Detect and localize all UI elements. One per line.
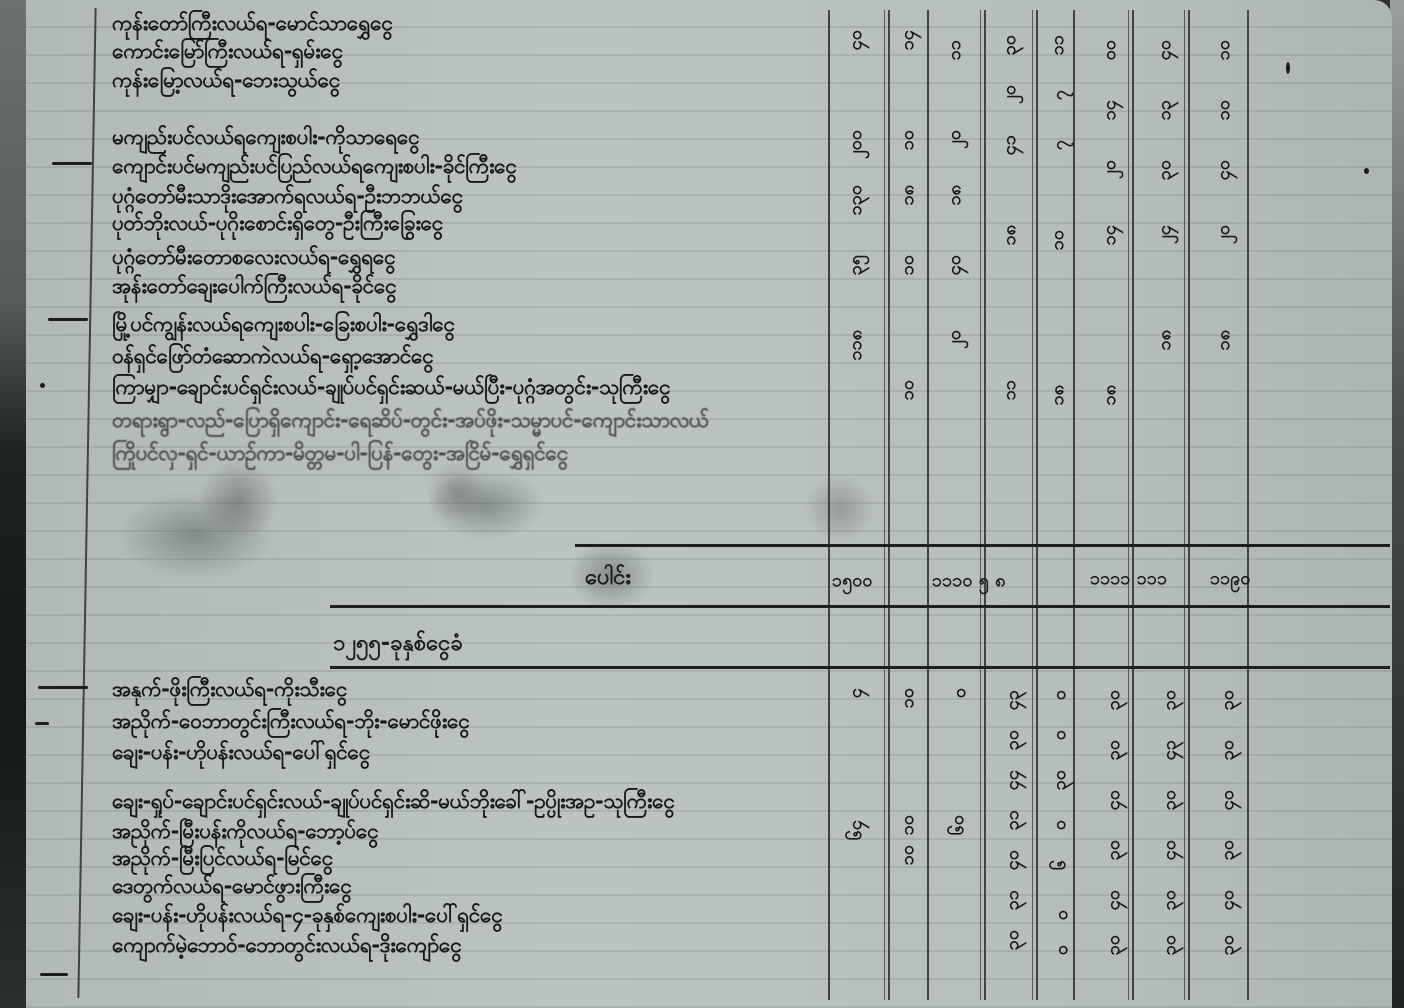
ledger-row: ချေး-ပန်း-ဟိုပန်းလယ်ရ-ပေါ်ရှင်ငွေ	[112, 739, 370, 765]
value-cell: ၃၀	[1104, 740, 1124, 760]
value-cell: ၁၈	[1000, 225, 1020, 245]
column-line	[1128, 10, 1129, 1000]
value-cell: ၀၀	[1100, 40, 1120, 60]
value-cell: ၃၁	[1003, 810, 1023, 830]
margin-mark	[35, 722, 49, 725]
ledger-row: ကြိုပင်လှ-ရှင်-ယာဉ်ကာ-မိတ္တမ-ပါ-ပြန်-တွေ…	[112, 440, 568, 466]
ledger-row: အနုက်-ဖိုးကြီးလယ်ရ-ကိုးသီးငွေ	[112, 676, 347, 702]
column-line	[984, 10, 986, 1000]
value-cell: ၃၀	[1218, 935, 1238, 955]
value-cell: ၃၀	[1160, 935, 1180, 955]
value-cell: ၁၀	[898, 845, 918, 865]
section-rule	[330, 666, 1390, 669]
value-cell: ၁၀	[1048, 230, 1068, 250]
value-cell: ၁၁	[1000, 380, 1020, 400]
value-cell: ၃၀	[1218, 690, 1238, 710]
value-cell: ၁၈	[1048, 385, 1068, 405]
value-cell: ၁၈	[1214, 330, 1234, 350]
total-value: ၁၁၁၁ ၁၁၁	[1090, 566, 1167, 593]
value-cell: ၂၀	[1000, 85, 1020, 104]
ledger-row: ဝန်ရှင်ဖြော်တံဆောကဲလယ်ရ-ရှော့အောင်ငွေ	[112, 343, 433, 369]
ledger-row: ကျောက်မဲ့ဘောဝ်-ဘောတွင်းလယ်ရ-ဒိုးကျော်ငွေ	[112, 932, 461, 958]
value-cell: ၁၃	[1155, 100, 1175, 120]
value-cell: ၄၄	[1003, 770, 1023, 790]
value-cell: ၄၀	[1155, 40, 1175, 60]
value-cell: ၄၀	[1218, 890, 1238, 910]
value-cell: ၁၈	[945, 185, 965, 205]
value-cell: ၄၀	[1104, 890, 1124, 910]
value-cell: ၃၀	[1155, 160, 1175, 180]
value-cell: ၁၄	[898, 30, 918, 50]
column-line	[1247, 10, 1249, 1000]
margin-mark	[40, 973, 68, 976]
ledger-row: ပုဂ္ဂံတော်မီးတောစလေးလယ်ရ-ရွှေရငွေ	[112, 244, 395, 270]
value-cell: ၂၀	[1100, 160, 1120, 179]
column-line	[1188, 10, 1190, 1000]
value-cell: ၆	[1050, 860, 1070, 870]
value-cell: ၄၀	[1104, 790, 1124, 810]
total-value: ၁၅၀၀	[832, 568, 873, 595]
total-label: ပေါင်း	[585, 562, 631, 595]
value-cell: ၁၀	[898, 688, 918, 708]
speck	[1286, 62, 1290, 74]
ledger-row: ကုန်းမြော့လယ်ရ-ဘေးသွယ်ငွေ	[112, 67, 340, 93]
section-rule	[330, 605, 1390, 608]
value-cell: ၃၀	[1160, 690, 1180, 710]
value-cell: ၁၁	[1048, 35, 1068, 55]
ledger-row: တရားရွာ-လည်-ပြောရှိကျောင်း-ရေဆိပ်-တွင်း-…	[112, 407, 709, 433]
ledger-row: ကုန်းတော်ကြီးလယ်ရ-မောင်သာရွှေငွေ	[112, 10, 393, 36]
ledger-row: အညိုက်-မြီးပန်းကိုလယ်ရ-ဘော့ပ်ငွေ	[112, 818, 378, 844]
ledger-row: ဒေတွက်လယ်ရ-မောင်ဖွားကြီးငွေ	[112, 873, 351, 899]
value-cell: ၄၀	[1218, 790, 1238, 810]
value-cell: ၃၀	[1160, 890, 1180, 910]
value-cell: ၇	[1050, 140, 1070, 150]
damaged-area	[136, 455, 1404, 545]
value-cell: ၃၅	[846, 255, 866, 275]
value-cell: ၄၀	[1214, 160, 1234, 180]
value-cell: ၃၀	[1104, 690, 1124, 710]
value-cell: ၃၀	[1003, 730, 1023, 750]
column-line	[888, 10, 890, 1000]
column-line	[1032, 10, 1033, 1000]
value-cell: ၀	[1052, 945, 1072, 955]
value-cell: ၄၀	[1160, 840, 1180, 860]
total-value: ၁၁၁၀ ၅ ၈	[932, 568, 1005, 595]
value-cell: ၂၄	[1155, 225, 1175, 244]
column-line	[980, 10, 981, 1000]
ledger-row: ချေး-ရှုပ်-ချောင်းပင်ရှင်းလယ်-ချုပ်ပင်ရှ…	[112, 788, 675, 814]
column-line	[1073, 10, 1075, 1000]
value-cell: ၁၄	[1100, 225, 1120, 245]
ledger-row: ပုတ်ဘိုးလယ်-ပုဂိုးစောင်းရှိတွေ-ဦးကြီးခြွ…	[112, 210, 443, 236]
value-cell: ၇	[1050, 90, 1070, 100]
value-cell: ၃၀	[1218, 840, 1238, 860]
value-cell: ၀	[1050, 690, 1070, 700]
value-cell: ၁၈	[1155, 330, 1175, 350]
value-cell: ၁၈	[1100, 385, 1120, 405]
ledger-row: အညိုက်-ဝေဘာတွင်းကြီးလယ်ရ-ဘိုး-မောင်ဖိုးင…	[112, 708, 469, 734]
ledger-row: ပုဂ္ဂံတော်မီးသာဒိုးအောက်ရလယ်ရ-ဦးဘဘယ်ငွေ	[112, 183, 463, 209]
ledger-row: ကြာမျှာ-ချောင်းပင်ရှင်းလယ်-ချုပ်ပင်ရှင်း…	[112, 374, 670, 400]
value-cell: ၃၀	[1104, 935, 1124, 955]
margin-mark	[38, 686, 88, 689]
column-line	[1184, 10, 1185, 1000]
value-cell: ၁၈	[898, 185, 918, 205]
value-cell: ၂၀၀	[846, 130, 866, 159]
margin-mark	[52, 162, 92, 165]
ledger-row: အညိုက်-မြီးပြင်လယ်ရ-မြင်ငွေ	[112, 845, 333, 871]
value-cell: ၆၄	[846, 820, 866, 840]
value-cell: ၁၀	[1214, 40, 1234, 60]
value-cell: ၁၁	[945, 40, 965, 60]
value-cell: ၁၀	[898, 130, 918, 150]
ledger-row: အုန်းတော်ချေးပေါက်ကြီးလယ်ရ-ခိုင်ငွေ	[112, 273, 396, 299]
value-cell: ၄၁	[1000, 135, 1020, 155]
column-line	[1036, 10, 1038, 1000]
speck	[40, 383, 45, 388]
value-cell: ၃၀	[1000, 35, 1020, 55]
value-cell: ၁၃၀	[846, 185, 866, 215]
value-cell: ၁၀	[898, 380, 918, 400]
value-cell: ၄၃	[1160, 740, 1180, 760]
column-line	[828, 10, 830, 1000]
value-cell: ၃၀	[1160, 790, 1180, 810]
value-cell: ၁၁၈	[846, 330, 866, 361]
value-cell: ၂၀	[945, 130, 965, 149]
column-line	[927, 10, 929, 1000]
column-line	[1132, 10, 1134, 1000]
value-cell: ၄၀	[1003, 850, 1023, 870]
total-value: ၁၁၉၀	[1210, 566, 1251, 593]
ledger-row: ကောင်းမြော်ကြီးလယ်ရ-ရှမ်းငွေ	[112, 38, 343, 64]
value-cell: ၂၀	[1214, 225, 1234, 244]
value-cell: ၃၀	[1050, 770, 1070, 790]
column-line	[884, 10, 885, 1000]
value-cell: ၆၀	[948, 815, 968, 835]
speck	[1364, 168, 1369, 174]
value-cell: ၃၀	[1104, 840, 1124, 860]
value-cell: ၃၀	[1003, 930, 1023, 950]
ledger-row: ချေး-ပန်း-ဟိုပန်းလယ်ရ-၄-ခုနှစ်ကျေးစပါး-ပ…	[112, 902, 502, 928]
value-cell: ၀	[1052, 910, 1072, 920]
value-cell: ၀	[950, 688, 970, 698]
value-cell: ၁၀	[1214, 100, 1234, 120]
section-header: ၁၂၅၅-ခုနှစ်ငွေခံ	[333, 628, 463, 661]
value-cell: ၁၀	[898, 815, 918, 835]
value-cell: ၂၀	[945, 330, 965, 349]
ledger-row: မကျည်းပင်လယ်ရကျေးစပါး-ကိုသာရေငွေ	[112, 124, 419, 150]
value-cell: ၄၀	[846, 30, 866, 50]
value-cell: ၁၀	[898, 255, 918, 275]
value-cell: ၀	[1050, 730, 1070, 740]
ledger-row: ကျောင်းပင်မကျည်းပင်ပြည်လယ်ရကျေးစပါး-ခိုင…	[112, 153, 517, 179]
value-cell: ၃၁	[1003, 890, 1023, 910]
value-cell: ၄၀	[945, 255, 965, 275]
ledger-row: မြို့ပင်ကျွန်းလယ်ရကျေးစပါး-ခြေးစပါး-ရွှေ…	[112, 311, 455, 337]
value-cell: ၄	[846, 688, 866, 698]
value-cell: ၃၀	[1218, 740, 1238, 760]
section-rule	[575, 544, 1390, 547]
value-cell: ၁၄	[1100, 100, 1120, 120]
margin-mark	[48, 318, 88, 321]
value-cell: ၄၃	[1003, 690, 1023, 710]
value-cell: ၀	[1050, 820, 1070, 830]
